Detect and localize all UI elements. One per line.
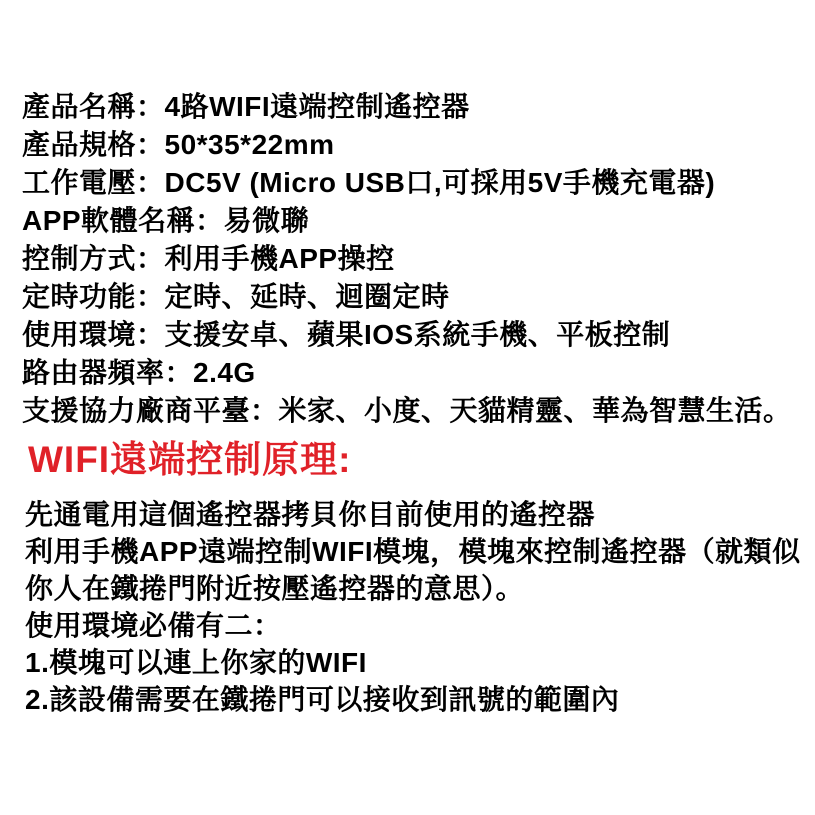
- spec-working-voltage: 工作電壓：DC5V (Micro USB口,可採用5V手機充電器): [22, 164, 805, 202]
- principle-text: 先通電用這個遙控器拷貝你目前使用的遙控器 利用手機APP遠端控制WIFI模塊，模…: [25, 496, 805, 718]
- spec-list: 產品名稱：4路WIFI遠端控制遙控器 產品規格：50*35*22mm 工作電壓：…: [22, 88, 805, 430]
- principle-line-analogy: 你人在鐵捲門附近按壓遙控器的意思）。: [25, 570, 805, 607]
- spec-router-frequency: 路由器頻率：2.4G: [22, 354, 805, 392]
- principle-heading: WIFI遠端控制原理:: [28, 436, 351, 484]
- spec-product-size: 產品規格：50*35*22mm: [22, 126, 805, 164]
- spec-timer-function: 定時功能：定時、延時、迴圈定時: [22, 278, 805, 316]
- principle-line-requirement-2: 2.該設備需要在鐵捲門可以接收到訊號的範圍內: [25, 681, 805, 718]
- principle-line-app-control: 利用手機APP遠端控制WIFI模塊，模塊來控制遙控器（就類似: [25, 533, 805, 570]
- spec-app-name: APP軟體名稱：易微聯: [22, 202, 805, 240]
- principle-line-requirement-1: 1.模塊可以連上你家的WIFI: [25, 644, 805, 681]
- spec-usage-environment: 使用環境：支援安卓、蘋果IOS系統手機、平板控制: [22, 316, 805, 354]
- spec-control-method: 控制方式：利用手機APP操控: [22, 240, 805, 278]
- principle-line-copy-remote: 先通電用這個遙控器拷貝你目前使用的遙控器: [25, 496, 805, 533]
- spec-product-name: 產品名稱：4路WIFI遠端控制遙控器: [22, 88, 805, 126]
- product-description-page: 產品名稱：4路WIFI遠端控制遙控器 產品規格：50*35*22mm 工作電壓：…: [0, 0, 815, 815]
- principle-line-requirements-intro: 使用環境必備有二：: [25, 607, 805, 644]
- spec-third-party-platforms: 支援協力廠商平臺：米家、小度、天貓精靈、華為智慧生活。: [22, 392, 805, 430]
